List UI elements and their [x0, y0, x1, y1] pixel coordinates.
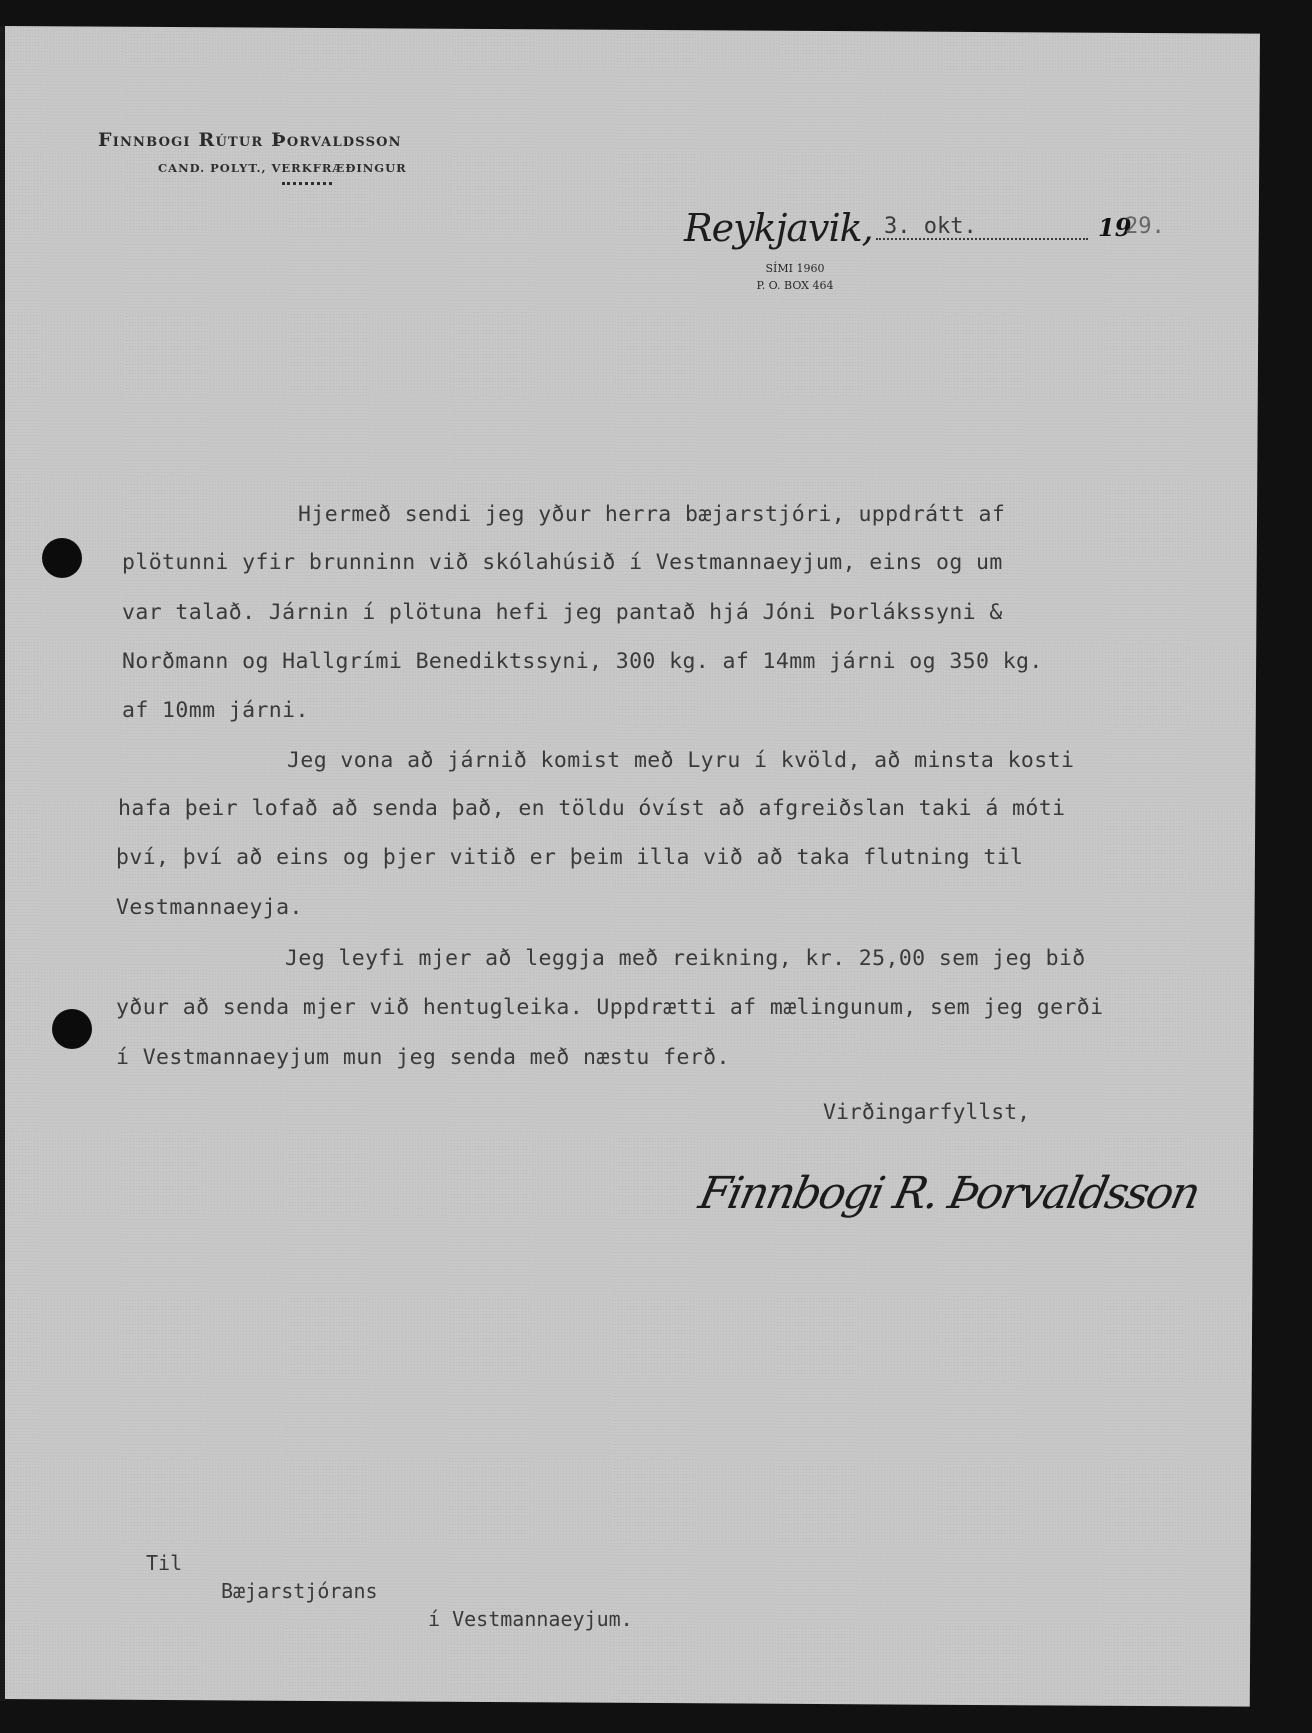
body-line: af 10mm járni.	[122, 698, 309, 723]
body-line: plötunni yfir brunninn við skólahúsið í …	[122, 550, 1003, 575]
body-line: í Vestmannaeyjum mun jeg senda með næstu…	[116, 1045, 730, 1070]
body-line: því, því að eins og þjer vitið er þeim i…	[116, 845, 1023, 870]
body-line: Jeg vona að járnið komist með Lyru í kvö…	[287, 748, 1074, 773]
address-line: í Vestmannaeyjum.	[428, 1607, 633, 1631]
letterhead-place: Reykjavik,	[684, 206, 873, 250]
letterhead-name: Finnbogi Rútur Þorvaldsson	[98, 129, 402, 151]
body-line: var talað. Járnin í plötuna hefi jeg pan…	[122, 600, 1003, 625]
letterhead-divider	[282, 182, 332, 185]
scan-edge	[0, 26, 5, 1701]
body-line: Jeg leyfi mjer að leggja með reikning, k…	[285, 946, 1086, 971]
punch-hole	[42, 538, 82, 578]
handwritten-signature: Finnbogi R. Þorvaldsson	[695, 1168, 1204, 1219]
letterhead-contact: SÍMI 1960 P. O. BOX 464	[720, 260, 870, 294]
closing-salutation: Virðingarfyllst,	[823, 1100, 1030, 1125]
po-box: P. O. BOX 464	[720, 277, 870, 294]
body-line: hafa þeir lofað að senda það, en töldu ó…	[118, 796, 1065, 821]
date-year-typed: 29.	[1125, 214, 1165, 239]
address-line: Bæjarstjórans	[221, 1579, 378, 1603]
date-day-month: 3. okt.	[884, 214, 977, 239]
body-line: Vestmannaeyja.	[116, 895, 303, 920]
letterhead-title: CAND. POLYT., VERKFRÆÐINGUR	[158, 161, 407, 175]
punch-hole	[52, 1009, 92, 1049]
body-line: Hjermeð sendi jeg yður herra bæjarstjóri…	[298, 502, 1005, 527]
body-line: yður að senda mjer við hentugleika. Uppd…	[116, 995, 1103, 1020]
address-line: Til	[146, 1551, 182, 1575]
body-line: Norðmann og Hallgrími Benediktssyni, 300…	[122, 649, 1043, 674]
phone-number: SÍMI 1960	[720, 260, 870, 277]
